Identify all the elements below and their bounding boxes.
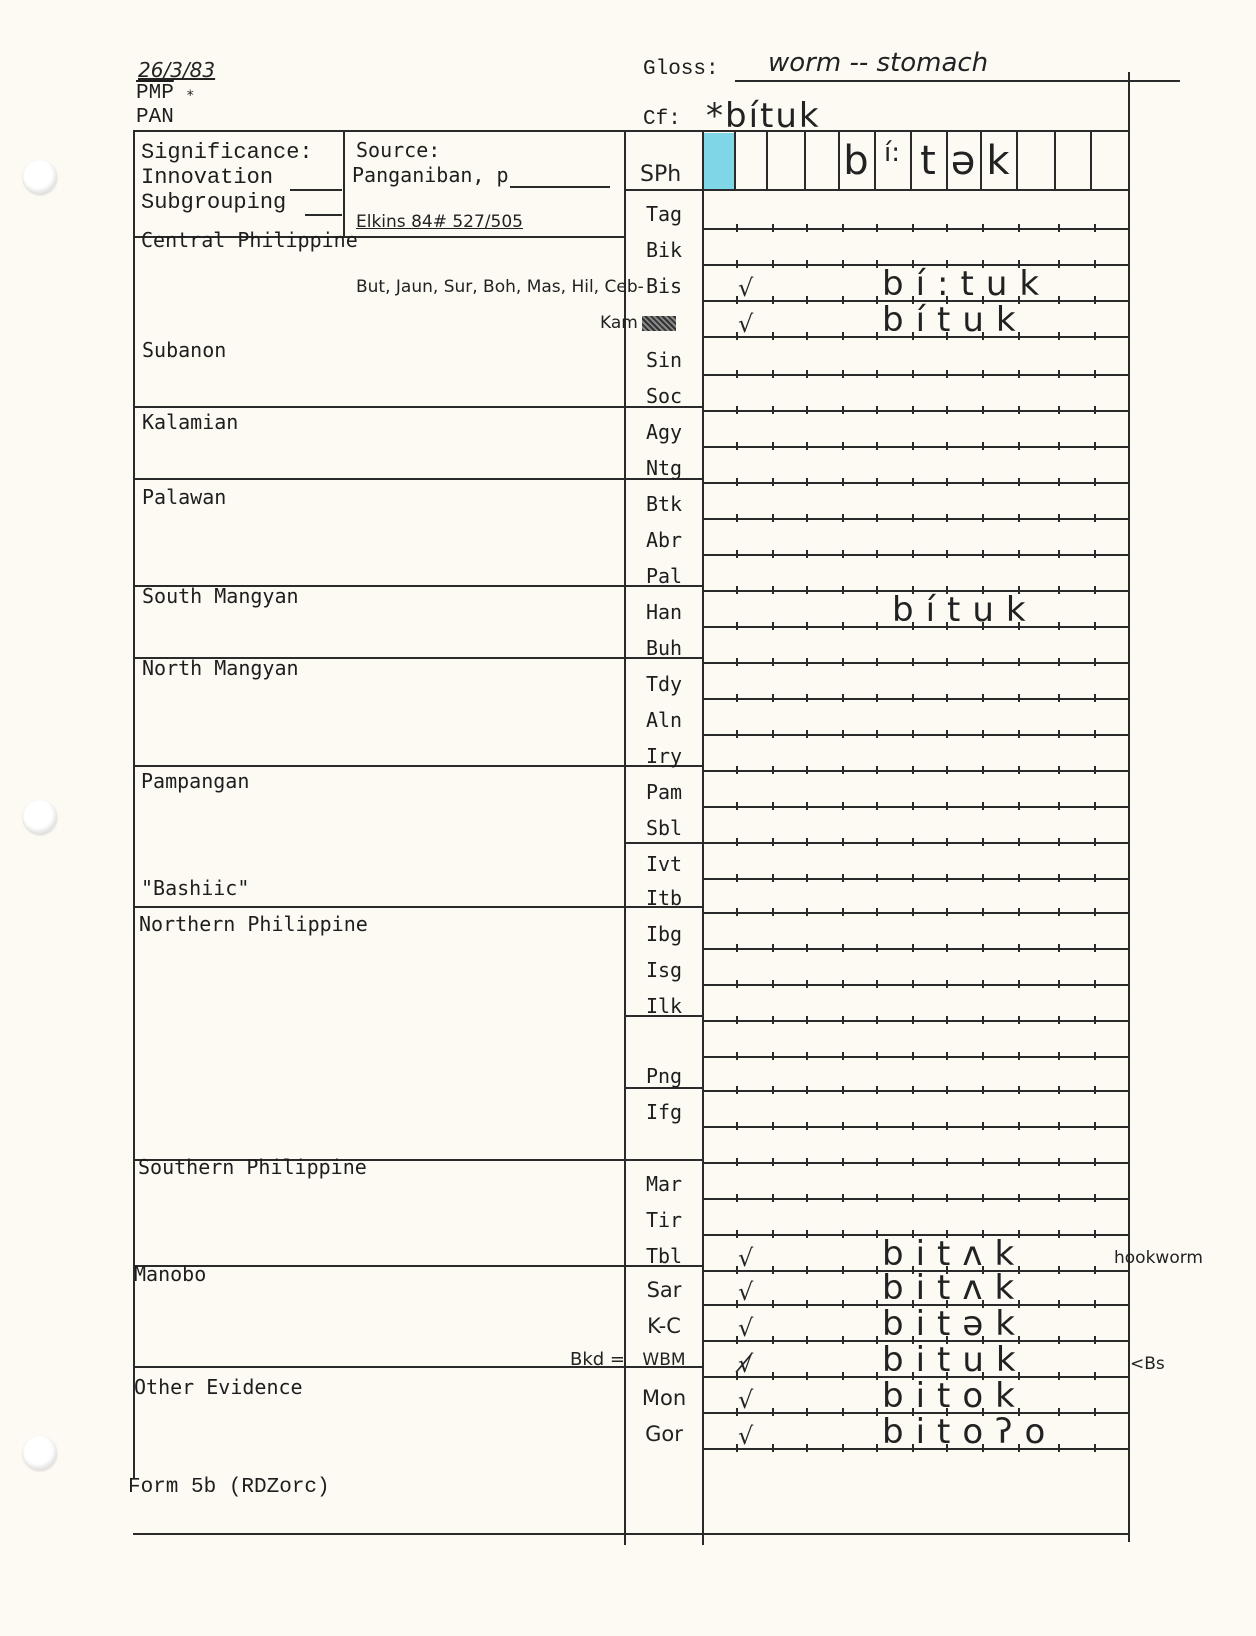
entry-tick xyxy=(946,658,948,666)
region-label: Pampangan xyxy=(141,769,249,793)
entry-tick xyxy=(736,694,738,702)
entry-line xyxy=(703,662,1130,664)
reflex-form[interactable]: bitək xyxy=(882,1304,1027,1344)
entry-tick xyxy=(806,1300,808,1308)
entry-tick xyxy=(842,586,844,594)
language-code: Btk xyxy=(626,492,702,516)
entry-tick xyxy=(772,658,774,666)
entry-tick xyxy=(946,1122,948,1130)
entry-tick xyxy=(772,980,774,988)
entry-tick xyxy=(736,1194,738,1202)
entry-tick xyxy=(982,1016,984,1024)
entry-tick xyxy=(842,802,844,810)
entry-line xyxy=(703,518,1130,520)
entry-tick xyxy=(982,908,984,916)
entry-tick xyxy=(912,478,914,486)
punch-hole-middle xyxy=(23,800,57,834)
sph-form-cell[interactable]: t xyxy=(910,138,946,184)
entry-tick xyxy=(1058,1016,1060,1024)
frame-top-left xyxy=(135,130,625,132)
language-code: Bik xyxy=(626,238,702,262)
region-label: "Bashiic" xyxy=(141,876,249,900)
entry-tick xyxy=(982,766,984,774)
entry-tick xyxy=(1018,874,1020,882)
entry-tick xyxy=(1018,980,1020,988)
entry-line xyxy=(703,1020,1130,1022)
entry-tick xyxy=(876,406,878,414)
entry-tick xyxy=(806,908,808,916)
reflex-form[interactable]: bitʌk xyxy=(882,1268,1026,1308)
sph-form-cell[interactable]: b xyxy=(838,138,874,184)
entry-tick xyxy=(772,550,774,558)
entry-tick xyxy=(1094,406,1096,414)
language-code: Pam xyxy=(626,780,702,804)
entry-tick xyxy=(1018,1158,1020,1166)
entry-tick xyxy=(806,1158,808,1166)
entry-line xyxy=(703,482,1130,484)
entry-tick xyxy=(912,694,914,702)
entry-line xyxy=(703,1126,1130,1128)
region-divider xyxy=(133,765,703,767)
source-title: Source: xyxy=(356,138,440,162)
sph-form-cell[interactable]: k xyxy=(980,138,1016,184)
check-mark[interactable]: √ xyxy=(738,1422,753,1450)
sph-cell-border xyxy=(1016,131,1018,189)
entry-tick xyxy=(946,406,948,414)
entry-tick xyxy=(946,694,948,702)
language-code: Png xyxy=(626,1064,702,1088)
significance-title: Significance: xyxy=(141,140,313,165)
entry-tick xyxy=(946,1086,948,1094)
entry-tick xyxy=(736,442,738,450)
entry-tick xyxy=(806,514,808,522)
entry-tick xyxy=(1094,370,1096,378)
entry-tick xyxy=(806,1230,808,1238)
language-code: K-C xyxy=(626,1314,702,1338)
entry-tick xyxy=(1094,874,1096,882)
entry-tick xyxy=(912,1016,914,1024)
entry-tick xyxy=(806,442,808,450)
entry-tick xyxy=(842,1158,844,1166)
entry-tick xyxy=(982,406,984,414)
entry-tick xyxy=(772,766,774,774)
entry-tick xyxy=(1128,944,1130,952)
entry-tick xyxy=(1058,730,1060,738)
entry-tick xyxy=(772,838,774,846)
entry-tick xyxy=(982,802,984,810)
entry-tick xyxy=(982,838,984,846)
entry-tick xyxy=(1128,296,1130,304)
entry-tick xyxy=(982,980,984,988)
entry-tick xyxy=(1094,766,1096,774)
entry-tick xyxy=(1128,1052,1130,1060)
language-code: Isg xyxy=(626,958,702,982)
bkd-note: Bkd = xyxy=(570,1349,625,1370)
entry-tick xyxy=(842,1016,844,1024)
gloss-value[interactable]: worm -- stomach xyxy=(768,48,988,78)
entry-tick xyxy=(1018,730,1020,738)
entry-tick xyxy=(912,802,914,810)
entry-tick xyxy=(982,944,984,952)
entry-tick xyxy=(946,370,948,378)
entry-tick xyxy=(736,224,738,232)
entry-tick xyxy=(876,874,878,882)
entry-tick xyxy=(1058,296,1060,304)
source-line1: Panganiban, p xyxy=(352,163,509,187)
entry-line xyxy=(703,770,1130,772)
entry-tick xyxy=(912,1158,914,1166)
entry-line xyxy=(703,912,1130,914)
entry-tick xyxy=(1058,1052,1060,1060)
entry-tick xyxy=(1058,1194,1060,1202)
entry-tick xyxy=(1094,838,1096,846)
entry-tick xyxy=(1058,944,1060,952)
entry-tick xyxy=(876,1372,878,1380)
check-mark[interactable]: √ xyxy=(738,1314,753,1342)
entry-tick xyxy=(1128,1300,1130,1308)
entry-tick xyxy=(806,1336,808,1344)
sph-cell-border xyxy=(766,131,768,189)
entry-tick xyxy=(842,730,844,738)
entry-tick xyxy=(946,980,948,988)
entry-tick xyxy=(876,908,878,916)
cf-label: Cf: xyxy=(643,108,681,131)
entry-tick xyxy=(842,370,844,378)
entry-tick xyxy=(946,224,948,232)
entry-tick xyxy=(1018,838,1020,846)
sph-form-cell[interactable]: ə xyxy=(946,138,980,184)
form-label: Form 5b (RDZorc) xyxy=(128,1476,330,1499)
entry-tick xyxy=(806,1372,808,1380)
entry-tick xyxy=(946,944,948,952)
entry-tick xyxy=(876,1336,878,1344)
entry-tick xyxy=(946,838,948,846)
entry-tick xyxy=(1094,980,1096,988)
entry-tick xyxy=(806,370,808,378)
entry-tick xyxy=(1094,944,1096,952)
entry-tick xyxy=(1058,1372,1060,1380)
entry-tick xyxy=(842,658,844,666)
reflex-form[interactable]: bitok xyxy=(882,1376,1027,1416)
sph-form-cell[interactable]: í: xyxy=(874,138,910,168)
entry-tick xyxy=(876,1444,878,1452)
entry-tick xyxy=(1018,478,1020,486)
entry-tick xyxy=(736,1122,738,1130)
entry-tick xyxy=(772,622,774,630)
language-code: Ntg xyxy=(626,456,702,480)
entry-tick xyxy=(876,694,878,702)
entry-tick xyxy=(912,1122,914,1130)
entry-tick xyxy=(1128,802,1130,810)
entry-tick xyxy=(876,658,878,666)
entry-tick xyxy=(946,874,948,882)
reflex-form[interactable]: bituk xyxy=(882,1340,1028,1380)
entry-tick xyxy=(1128,694,1130,702)
check-mark[interactable]: √ xyxy=(738,274,753,302)
entry-tick xyxy=(1128,908,1130,916)
entry-tick xyxy=(736,478,738,486)
entry-tick xyxy=(876,766,878,774)
entry-tick xyxy=(1128,1086,1130,1094)
entry-tick xyxy=(842,1266,844,1274)
entry-tick xyxy=(1058,908,1060,916)
entry-tick xyxy=(946,514,948,522)
entry-tick xyxy=(1128,586,1130,594)
entry-tick xyxy=(736,1052,738,1060)
language-code: Soc xyxy=(626,384,702,408)
entry-tick xyxy=(982,694,984,702)
entry-tick xyxy=(946,766,948,774)
entry-tick xyxy=(806,1086,808,1094)
innovation-label: Innovation xyxy=(141,165,273,190)
entry-tick xyxy=(806,658,808,666)
entry-tick xyxy=(806,802,808,810)
entry-tick xyxy=(806,980,808,988)
entry-tick xyxy=(1018,908,1020,916)
entry-tick xyxy=(842,1122,844,1130)
entry-line xyxy=(703,228,1130,230)
entry-tick xyxy=(1128,1158,1130,1166)
entry-tick xyxy=(772,1408,774,1416)
sph-cell-border xyxy=(804,131,806,189)
language-code: Abr xyxy=(626,528,702,552)
entry-tick xyxy=(842,874,844,882)
entry-tick xyxy=(1058,1230,1060,1238)
region-label: Other Evidence xyxy=(134,1375,303,1399)
entry-tick xyxy=(736,838,738,846)
entry-tick xyxy=(982,442,984,450)
entry-tick xyxy=(1094,478,1096,486)
entry-tick xyxy=(736,802,738,810)
entry-tick xyxy=(736,730,738,738)
entry-tick xyxy=(1094,658,1096,666)
entry-tick xyxy=(876,370,878,378)
entry-tick xyxy=(772,260,774,268)
entry-tick xyxy=(1094,1086,1096,1094)
entry-tick xyxy=(912,1194,914,1202)
entry-line xyxy=(703,1090,1130,1092)
entry-tick xyxy=(1094,550,1096,558)
entry-tick xyxy=(876,622,878,630)
entry-tick xyxy=(842,1086,844,1094)
entry-tick xyxy=(842,980,844,988)
entry-tick xyxy=(1128,1016,1130,1024)
entry-tick xyxy=(912,406,914,414)
entry-tick xyxy=(982,478,984,486)
language-code: Sar xyxy=(626,1278,702,1302)
entry-tick xyxy=(1018,224,1020,232)
entry-tick xyxy=(842,478,844,486)
entry-tick xyxy=(912,658,914,666)
entry-tick xyxy=(1128,874,1130,882)
entry-tick xyxy=(982,514,984,522)
region-label: Kalamian xyxy=(142,410,238,434)
entry-tick xyxy=(1058,766,1060,774)
entry-tick xyxy=(1058,260,1060,268)
entry-tick xyxy=(982,550,984,558)
entry-tick xyxy=(1018,442,1020,450)
entry-tick xyxy=(842,838,844,846)
entry-tick xyxy=(912,224,914,232)
language-code: Tdy xyxy=(626,672,702,696)
entry-tick xyxy=(1094,260,1096,268)
entry-tick xyxy=(1058,1086,1060,1094)
language-code: Ibg xyxy=(626,922,702,946)
language-code: Tag xyxy=(626,202,702,226)
entry-tick xyxy=(806,224,808,232)
entry-tick xyxy=(1018,1086,1020,1094)
entry-tick xyxy=(1018,550,1020,558)
entry-tick xyxy=(876,1408,878,1416)
language-code: Mon xyxy=(626,1386,702,1410)
entry-tick xyxy=(806,730,808,738)
entry-tick xyxy=(876,296,878,304)
subgrouping-blank[interactable] xyxy=(305,214,342,216)
check-mark[interactable]: √ xyxy=(738,310,753,338)
entry-tick xyxy=(736,1016,738,1024)
check-mark[interactable]: √ xyxy=(738,1278,753,1306)
entry-tick xyxy=(772,1016,774,1024)
region-label: Manobo xyxy=(134,1262,206,1286)
entry-tick xyxy=(1128,1336,1130,1344)
language-code: Tbl xyxy=(626,1244,702,1268)
check-mark[interactable]: √ xyxy=(738,1386,753,1414)
language-code: WBM xyxy=(626,1350,702,1370)
entry-tick xyxy=(1018,1194,1020,1202)
entry-tick xyxy=(772,944,774,952)
entry-tick xyxy=(876,1052,878,1060)
entry-tick xyxy=(842,550,844,558)
region-label: Northern Philippine xyxy=(139,912,368,936)
entry-tick xyxy=(982,1122,984,1130)
entry-tick xyxy=(1058,802,1060,810)
entry-line xyxy=(703,554,1130,556)
innovation-blank[interactable] xyxy=(290,189,342,191)
region-label: Palawan xyxy=(142,485,226,509)
source-line2: Elkins 84# 527/505 xyxy=(356,212,523,232)
entry-tick xyxy=(1018,694,1020,702)
entry-tick xyxy=(876,224,878,232)
code-column-right xyxy=(702,130,704,1545)
entry-tick xyxy=(842,1052,844,1060)
entry-tick xyxy=(806,260,808,268)
entry-tick xyxy=(946,802,948,810)
entry-tick xyxy=(842,766,844,774)
entry-tick xyxy=(1094,1194,1096,1202)
reflex-form[interactable]: bítuk xyxy=(892,590,1038,630)
entry-tick xyxy=(876,586,878,594)
entry-tick xyxy=(736,1086,738,1094)
check-mark[interactable]: √ xyxy=(738,1244,753,1272)
entry-tick xyxy=(772,908,774,916)
entry-tick xyxy=(1128,1194,1130,1202)
entry-line xyxy=(703,446,1130,448)
entry-tick xyxy=(1128,1408,1130,1416)
frame-bottom xyxy=(133,1533,1130,1535)
entry-line xyxy=(703,698,1130,700)
entry-tick xyxy=(772,694,774,702)
entry-tick xyxy=(806,478,808,486)
entry-tick xyxy=(1058,406,1060,414)
entry-tick xyxy=(982,874,984,882)
entry-tick xyxy=(1128,838,1130,846)
entry-tick xyxy=(1128,622,1130,630)
entry-tick xyxy=(876,1300,878,1308)
entry-tick xyxy=(1094,694,1096,702)
region-label: Subanon xyxy=(142,338,226,362)
entry-tick xyxy=(772,296,774,304)
entry-tick xyxy=(772,1336,774,1344)
entry-tick xyxy=(876,944,878,952)
language-code: Ivt xyxy=(626,852,702,876)
entry-tick xyxy=(772,802,774,810)
entry-line xyxy=(703,1162,1130,1164)
entry-tick xyxy=(1018,1122,1020,1130)
entry-tick xyxy=(842,1336,844,1344)
entry-tick xyxy=(806,874,808,882)
entry-tick xyxy=(1094,1408,1096,1416)
kam-note: Kam xyxy=(600,313,638,333)
region-divider xyxy=(133,1265,703,1267)
entry-tick xyxy=(1128,260,1130,268)
entry-tick xyxy=(842,944,844,952)
entry-tick xyxy=(842,622,844,630)
entry-tick xyxy=(772,332,774,340)
entry-tick xyxy=(1058,980,1060,988)
sig-source-divider xyxy=(343,130,345,238)
check-mark[interactable]: √̸ xyxy=(738,1350,753,1378)
entry-tick xyxy=(806,1444,808,1452)
entry-tick xyxy=(736,370,738,378)
entry-tick xyxy=(1058,658,1060,666)
level-pan: PAN xyxy=(136,106,174,129)
language-code: Aln xyxy=(626,708,702,732)
entry-tick xyxy=(772,730,774,738)
entry-tick xyxy=(1018,658,1020,666)
entry-tick xyxy=(1128,514,1130,522)
entry-line xyxy=(703,806,1130,808)
level-marker: * xyxy=(186,88,194,104)
entry-tick xyxy=(842,1372,844,1380)
entry-tick xyxy=(1094,1158,1096,1166)
sph-highlight-cell xyxy=(704,133,734,189)
entry-tick xyxy=(1058,622,1060,630)
entry-tick xyxy=(876,1122,878,1130)
reflex-form[interactable]: bítuk xyxy=(882,300,1028,340)
source-page-blank[interactable] xyxy=(510,186,610,188)
entry-tick xyxy=(1018,1016,1020,1024)
entry-tick xyxy=(876,1266,878,1274)
entry-tick xyxy=(1058,478,1060,486)
punch-hole-top xyxy=(23,160,57,194)
entry-tick xyxy=(876,1158,878,1166)
entry-tick xyxy=(772,514,774,522)
entry-tick xyxy=(1058,224,1060,232)
entry-tick xyxy=(736,260,738,268)
entry-tick xyxy=(876,514,878,522)
reflex-form[interactable]: bí:tuk xyxy=(882,264,1051,304)
entry-tick xyxy=(1094,1300,1096,1308)
entry-tick xyxy=(1094,1122,1096,1130)
entry-tick xyxy=(982,1086,984,1094)
entry-tick xyxy=(1094,296,1096,304)
reflex-form[interactable]: bitoʔo xyxy=(882,1412,1057,1452)
entry-tick xyxy=(946,478,948,486)
entry-tick xyxy=(1058,1444,1060,1452)
entry-tick xyxy=(736,1230,738,1238)
entry-tick xyxy=(1094,1444,1096,1452)
entry-tick xyxy=(1094,908,1096,916)
